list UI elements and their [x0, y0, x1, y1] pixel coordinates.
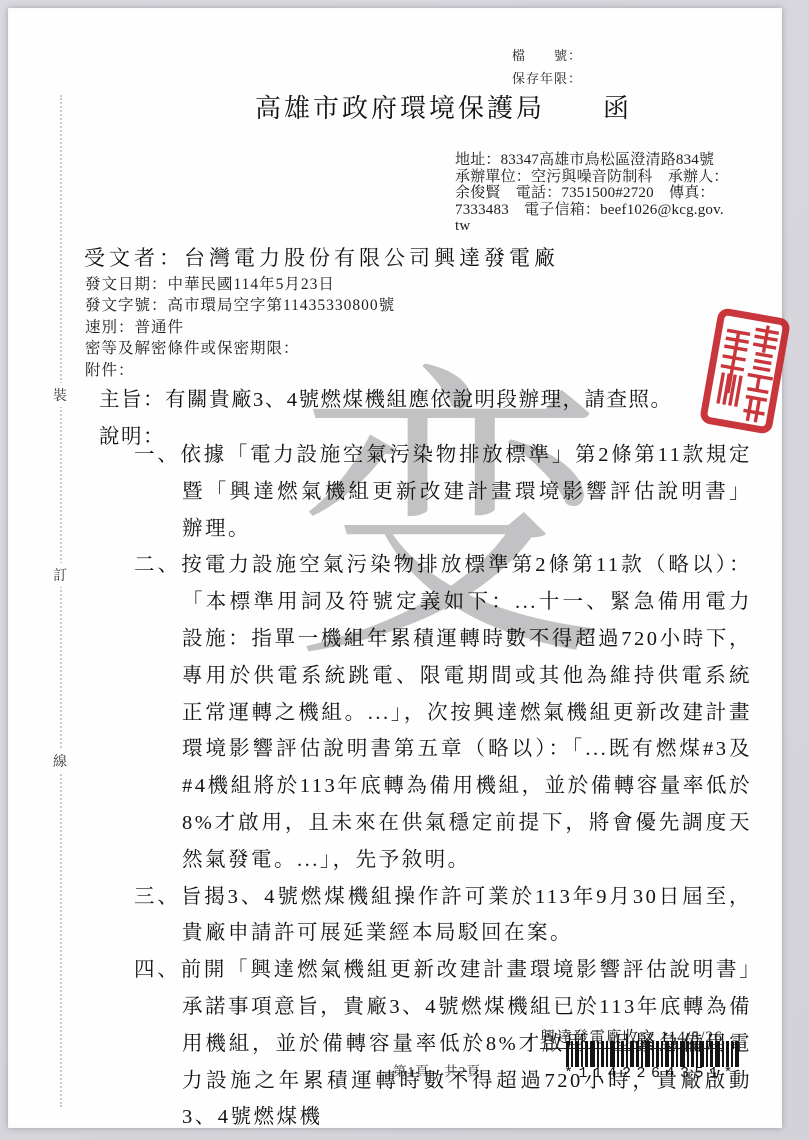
- meta-attachment: 附件：: [85, 360, 395, 381]
- contact-line-email2: tw: [455, 218, 793, 235]
- item-text: 旨揭3、4號燃煤機組操作許可業於113年9月30日屆至，貴廠申請許可展延業經本局…: [181, 886, 752, 945]
- meta-block: 發文日期：中華民國114年5月23日 發文字號：高市環局空字第114353308…: [85, 274, 395, 381]
- meta-speed-class: 速別：普通件: [85, 317, 395, 338]
- contact-line-unit: 承辦單位：空污與噪音防制科 承辦人：: [455, 169, 793, 186]
- meta-issue-date: 發文日期：中華民國114年5月23日: [85, 274, 395, 295]
- meta-secrecy: 密等及解密條件或保密期限：: [85, 338, 395, 359]
- item-marker: 三、: [134, 886, 181, 908]
- document-title: 高雄市政府環境保護局 函: [255, 88, 632, 125]
- contact-line-address: 地址：83347高雄市鳥松區澄清路834號: [455, 152, 793, 169]
- contact-line-email: 7333483 電子信箱：beef1026@kcg.gov.: [455, 202, 793, 219]
- item-text: 按電力設施空氣污染物排放標準第2條第11款（略以）：「本標準用詞及符號定義如下：…: [181, 554, 752, 870]
- item-marker: 二、: [134, 554, 181, 576]
- item-text: 依據「電力設施空氣污染物排放標準」第2條第11款規定暨「興達燃氣機組更新改建計畫…: [180, 444, 752, 540]
- subject-line: 主旨：有關貴廠3、4號燃煤機組應依說明段辦理，請查照。: [99, 382, 719, 419]
- binding-mark: 訂: [53, 563, 67, 587]
- explanation-item-2: 二、按電力設施空氣污染物排放標準第2條第11款（略以）：「本標準用詞及符號定義如…: [134, 547, 752, 878]
- recipient-line: 受文者：台灣電力股份有限公司興達發電廠: [84, 242, 559, 272]
- item-marker: 一、: [134, 444, 180, 466]
- retention-period-label: 保存年限：: [512, 68, 582, 87]
- file-number-label: 檔 號：: [512, 45, 582, 64]
- contact-block: 地址：83347高雄市鳥松區澄清路834號 承辦單位：空污與噪音防制科 承辦人：…: [455, 152, 793, 235]
- barcode-number: *1142264351*: [564, 1065, 738, 1082]
- binding-dotted-line: 裝 訂 線: [60, 95, 62, 1107]
- explanation-item-3: 三、旨揭3、4號燃煤機組操作許可業於113年9月30日屆至，貴廠申請許可展延業經…: [134, 879, 752, 953]
- meta-doc-number: 發文字號：高市環局空字第11435330800號: [85, 295, 395, 316]
- barcode-icon: [566, 1041, 742, 1067]
- scanned-letter-screenshot: { "doc": { "file_no_label": "檔 號：", "ret…: [0, 0, 809, 1140]
- document-page: 变 裝 訂 線 檔 號： 保存年限： 高雄市政府環境保護局 函 地址：83347…: [8, 8, 782, 1128]
- binding-mark: 線: [53, 749, 67, 773]
- red-seal-stamp-icon: [698, 306, 791, 435]
- contact-line-phone: 余俊賢 電話：7351500#2720 傳真：: [455, 185, 793, 202]
- page-indicator: 第1頁 共2頁: [393, 1060, 481, 1080]
- item-marker: 四、: [134, 959, 181, 981]
- explanation-item-1: 一、依據「電力設施空氣污染物排放標準」第2條第11款規定暨「興達燃氣機組更新改建…: [134, 437, 752, 547]
- binding-mark: 裝: [53, 383, 67, 407]
